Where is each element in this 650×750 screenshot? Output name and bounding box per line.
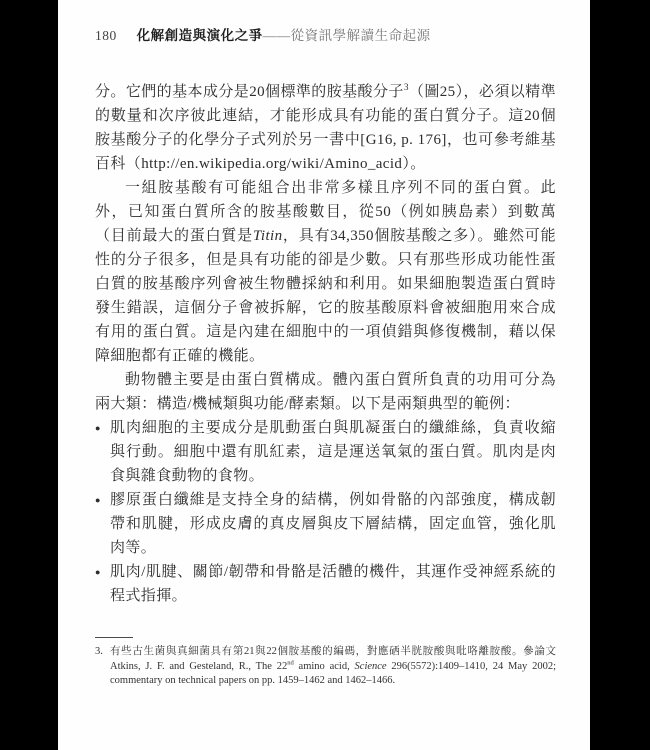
paragraph-amino-acids: 分。它們的基本成分是20個標準的胺基酸分子3（圖25），必須以精準的數量和次序彼…: [95, 80, 556, 176]
footnote-divider: [95, 637, 133, 638]
page-number: 180: [95, 28, 117, 43]
bullet-icon: ●: [95, 488, 110, 560]
book-page: 180 化解創造與演化之爭——從資訊學解讀生命起源 分。它們的基本成分是20個標…: [58, 0, 590, 750]
footnote-area: 3. 有些古生菌與真細菌具有第21與22個胺基酸的編碼，對應硒半胱胺酸與吡咯離胺…: [95, 637, 556, 689]
book-subtitle: ——從資訊學解讀生命起源: [263, 28, 431, 43]
bullet-item-mechanics: ● 肌肉/肌腱、關節/韌帶和骨骼是活體的機件，其運作受神經系統的程式指揮。: [95, 560, 556, 608]
footnote-item: 3. 有些古生菌與真細菌具有第21與22個胺基酸的編碼，對應硒半胱胺酸與吡咯離胺…: [95, 645, 556, 689]
scan-background: 180 化解創造與演化之爭——從資訊學解讀生命起源 分。它們的基本成分是20個標…: [0, 0, 650, 750]
bullet-icon: ●: [95, 560, 110, 608]
bullet-text: 肌肉/肌腱、關節/韌帶和骨骼是活體的機件，其運作受神經系統的程式指揮。: [110, 560, 556, 608]
page-header: 180 化解創造與演化之爭——從資訊學解讀生命起源: [95, 24, 560, 44]
footnote-number: 3.: [95, 645, 110, 689]
page-body: 分。它們的基本成分是20個標準的胺基酸分子3（圖25），必須以精準的數量和次序彼…: [95, 80, 556, 608]
bullet-item-collagen: ● 膠原蛋白纖維是支持全身的結構，例如骨骼的內部強度，構成韌帶和肌腱，形成皮膚的…: [95, 488, 556, 560]
paragraph-protein-variety: 一組胺基酸有可能組合出非常多樣且序列不同的蛋白質。此外，已知蛋白質所含的胺基酸數…: [95, 176, 556, 368]
footnote-text: 有些古生菌與真細菌具有第21與22個胺基酸的編碼，對應硒半胱胺酸與吡咯離胺酸。參…: [110, 645, 556, 689]
bullet-text: 膠原蛋白纖維是支持全身的結構，例如骨骼的內部強度，構成韌帶和肌腱，形成皮膚的真皮…: [110, 488, 556, 560]
bullet-item-muscle: ● 肌肉細胞的主要成分是肌動蛋白與肌凝蛋白的纖維絲，負責收縮與行動。細胞中還有肌…: [95, 416, 556, 488]
paragraph-animal-proteins: 動物體主要是由蛋白質構成。體內蛋白質所負責的功用可分為兩大類：構造/機械類與功能…: [95, 368, 556, 416]
book-title: 化解創造與演化之爭: [137, 28, 263, 43]
bullet-icon: ●: [95, 416, 110, 488]
bullet-text: 肌肉細胞的主要成分是肌動蛋白與肌凝蛋白的纖維絲，負責收縮與行動。細胞中還有肌紅素…: [110, 416, 556, 488]
bullet-list: ● 肌肉細胞的主要成分是肌動蛋白與肌凝蛋白的纖維絲，負責收縮與行動。細胞中還有肌…: [95, 416, 556, 608]
